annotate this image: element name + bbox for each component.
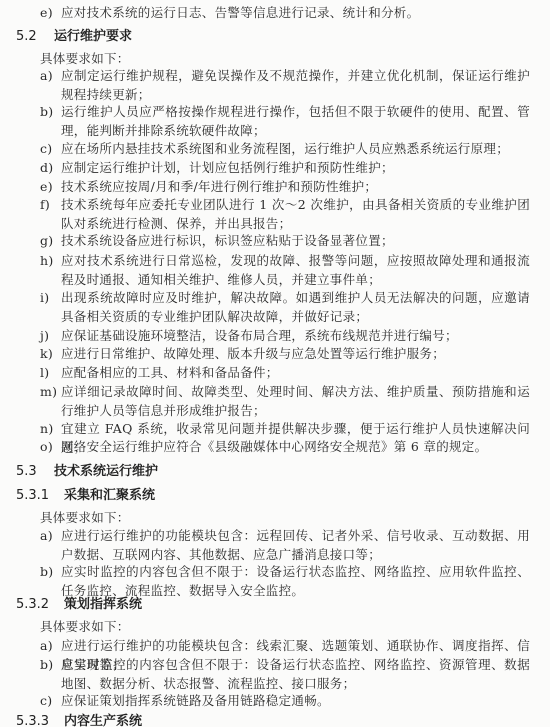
list-item-e: e) 应对技术系统的运行日志、告警等信息进行记录、统计和分析。 xyxy=(40,4,530,23)
list-text: 应详细记录故障时间、故障类型、处理时间、解决方法、维护质量、预防措施和运行维护人… xyxy=(61,383,530,420)
list-item-c: c) 应在场所内悬挂技术系统图和业务流程图，运行维护人员应熟悉系统运行原理； xyxy=(40,140,530,159)
list-label: b) xyxy=(40,656,60,675)
section-number: 5.3 xyxy=(16,463,54,481)
list-item-b: b) 应实时监控的内容包含但不限于：设备运行状态监控、网络监控、资源管理、数据地… xyxy=(40,656,530,693)
list-item-a: a) 应制定运行维护规程，避免误操作及不规范操作，并建立优化机制，保证运行维护规… xyxy=(40,67,530,104)
list-label: f) xyxy=(40,196,60,215)
list-label: c) xyxy=(40,140,60,159)
list-text: 应进行运行维护的功能模块包含：远程回传、记者外采、信号收录、互动数据、用户数据、… xyxy=(61,527,530,564)
list-label: n) xyxy=(40,420,60,439)
list-label: h) xyxy=(40,252,60,271)
section-heading-5-3: 5.3技术系统运行维护 xyxy=(16,463,158,481)
list-label: a) xyxy=(40,527,60,546)
section-title: 运行维护要求 xyxy=(54,29,132,44)
list-text: 应实时监控的内容包含但不限于：设备运行状态监控、网络监控、应用软件监控、任务监控… xyxy=(61,563,530,600)
section-heading-5-2: 5.2运行维护要求 xyxy=(16,28,132,46)
section-number: 5.3.2 xyxy=(16,596,64,614)
intro-text: 具体要求如下： xyxy=(40,509,130,527)
list-item-o: o) 网络安全运行维护应符合《县级融媒体中心网络安全规范》第 6 章的规定。 xyxy=(40,438,530,457)
list-label: b) xyxy=(40,103,60,122)
section-heading-5-3-2: 5.3.2策划指挥系统 xyxy=(16,596,142,614)
list-text: 出现系统故障时应及时维护，解决故障。如遇到维护人员无法解决的问题，应邀请具备相关… xyxy=(61,289,530,326)
list-item-g: g) 技术系统设备应进行标识，标识签应粘贴于设备显著位置； xyxy=(40,232,530,251)
list-text: 应对技术系统的运行日志、告警等信息进行记录、统计和分析。 xyxy=(61,4,530,23)
section-title: 内容生产系统 xyxy=(64,714,142,727)
list-item-l: l) 应配备相应的工具、材料和备品备件； xyxy=(40,364,530,383)
list-item-k: k) 应进行日常维护、故障处理、版本升级与应急处置等运行维护服务； xyxy=(40,345,530,364)
list-text: 应保证策划指挥系统链路及备用链路稳定通畅。 xyxy=(61,692,530,711)
list-text: 应实时监控的内容包含但不限于：设备运行状态监控、网络监控、资源管理、数据地图、数… xyxy=(61,656,530,693)
list-label: i) xyxy=(40,289,60,308)
intro-text: 具体要求如下： xyxy=(40,618,130,636)
section-title: 采集和汇聚系统 xyxy=(64,488,155,503)
list-item-h: h) 应对技术系统进行日常巡检，发现的故障、报警等问题，应按照故障处理和通报流程… xyxy=(40,252,530,289)
list-label: g) xyxy=(40,232,60,251)
list-label: a) xyxy=(40,637,60,656)
section-heading-5-3-1: 5.3.1采集和汇聚系统 xyxy=(16,487,155,505)
list-item-f: f) 技术系统每年应委托专业团队进行 1 次～2 次维护，由具备相关资质的专业维… xyxy=(40,196,530,233)
list-item-m: m) 应详细记录故障时间、故障类型、处理时间、解决方法、维护质量、预防措施和运行… xyxy=(40,383,530,420)
list-text: 运行维护人员应严格按操作规程进行操作，包括但不限于软硬件的使用、配置、管理，能判… xyxy=(61,103,530,140)
list-text: 技术系统每年应委托专业团队进行 1 次～2 次维护，由具备相关资质的专业维护团队… xyxy=(61,196,530,233)
list-item-j: j) 应保证基础设施环境整洁，设备布局合理，系统布线规范并进行编号； xyxy=(40,327,530,346)
list-label: c) xyxy=(40,692,60,711)
section-title: 策划指挥系统 xyxy=(64,597,142,612)
section-title: 技术系统运行维护 xyxy=(54,464,158,479)
list-label: a) xyxy=(40,67,60,86)
list-text: 应对技术系统进行日常巡检，发现的故障、报警等问题，应按照故障处理和通报流程及时通… xyxy=(61,252,530,289)
list-text: 网络安全运行维护应符合《县级融媒体中心网络安全规范》第 6 章的规定。 xyxy=(61,438,530,457)
list-item-d: d) 应制定运行维护计划，计划应包括例行维护和预防性维护； xyxy=(40,159,530,178)
list-label: b) xyxy=(40,563,60,582)
list-label: o) xyxy=(40,438,60,457)
list-label: k) xyxy=(40,345,60,364)
list-item-c: c) 应保证策划指挥系统链路及备用链路稳定通畅。 xyxy=(40,692,530,711)
list-label: d) xyxy=(40,159,60,178)
section-number: 5.3.3 xyxy=(16,713,64,727)
list-text: 应制定运行维护规程，避免误操作及不规范操作，并建立优化机制，保证运行维护规程持续… xyxy=(61,67,530,104)
list-label: l) xyxy=(40,364,60,383)
list-text: 技术系统设备应进行标识，标识签应粘贴于设备显著位置； xyxy=(61,232,530,251)
list-text: 应保证基础设施环境整洁，设备布局合理，系统布线规范并进行编号； xyxy=(61,327,530,346)
list-item-b: b) 应实时监控的内容包含但不限于：设备运行状态监控、网络监控、应用软件监控、任… xyxy=(40,563,530,600)
list-label: j) xyxy=(40,327,60,346)
list-text: 应制定运行维护计划，计划应包括例行维护和预防性维护； xyxy=(61,159,530,178)
list-text: 技术系统应按周/月和季/年进行例行维护和预防性维护； xyxy=(61,178,530,197)
list-item-a: a) 应进行运行维护的功能模块包含：远程回传、记者外采、信号收录、互动数据、用户… xyxy=(40,527,530,564)
list-text: 应在场所内悬挂技术系统图和业务流程图，运行维护人员应熟悉系统运行原理； xyxy=(61,140,530,159)
list-label: m) xyxy=(40,383,60,402)
list-item-e: e) 技术系统应按周/月和季/年进行例行维护和预防性维护； xyxy=(40,178,530,197)
list-item-b: b) 运行维护人员应严格按操作规程进行操作，包括但不限于软硬件的使用、配置、管理… xyxy=(40,103,530,140)
section-heading-5-3-3: 5.3.3内容生产系统 xyxy=(16,713,142,727)
list-label: e) xyxy=(40,4,60,23)
list-text: 应进行日常维护、故障处理、版本升级与应急处置等运行维护服务； xyxy=(61,345,530,364)
section-number: 5.3.1 xyxy=(16,487,64,505)
list-text: 应配备相应的工具、材料和备品备件； xyxy=(61,364,530,383)
section-number: 5.2 xyxy=(16,28,54,46)
intro-text: 具体要求如下： xyxy=(40,50,130,68)
list-item-i: i) 出现系统故障时应及时维护，解决故障。如遇到维护人员无法解决的问题，应邀请具… xyxy=(40,289,530,326)
list-label: e) xyxy=(40,178,60,197)
